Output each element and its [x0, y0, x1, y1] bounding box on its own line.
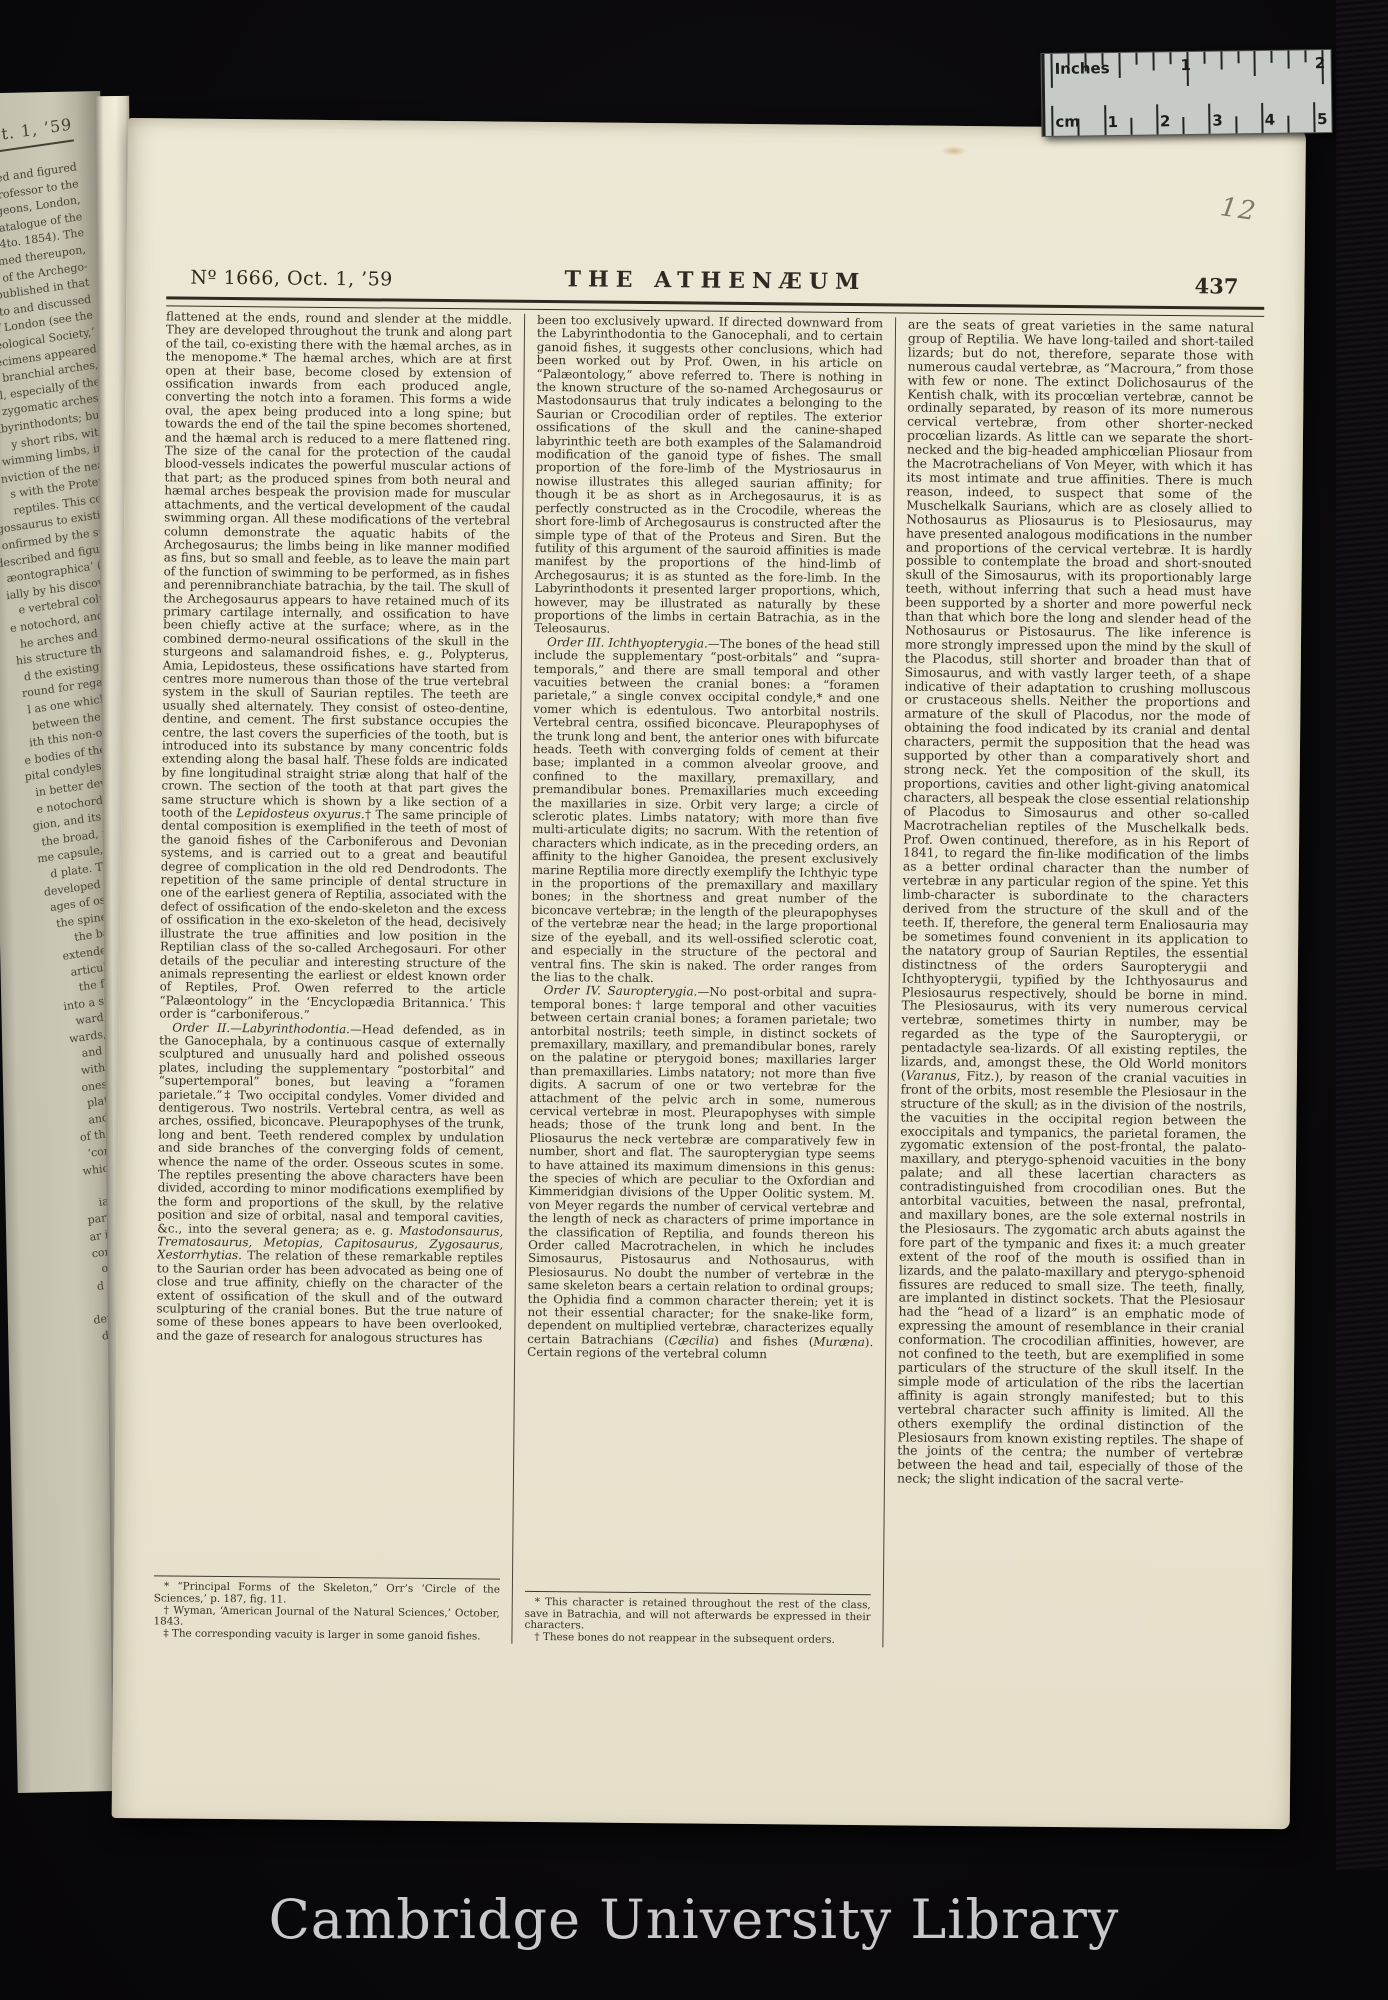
- ruler-cm-label: cm: [1055, 112, 1080, 130]
- column-1: flattened at the ends, round and slender…: [153, 310, 512, 1643]
- ruler-inch-ticks: 12: [1044, 50, 1330, 54]
- footnote-rule: [154, 1575, 500, 1579]
- footnote-group: * “Principal Forms of the Skeleton,” Orr…: [153, 1568, 500, 1643]
- library-watermark: Cambridge University Library: [0, 1888, 1388, 1951]
- column-2: been too exclusively upward. If directed…: [524, 314, 883, 1647]
- book-cloth-edge: [1336, 0, 1388, 1870]
- column-3: are the seats of great varieties in the …: [895, 317, 1254, 1650]
- paragraph: are the seats of great varieties in the …: [897, 317, 1254, 1488]
- handwritten-folio: 12: [1218, 192, 1259, 227]
- ruler-inch-number: 1: [1180, 56, 1191, 74]
- ruler-cm-number: 5: [1317, 110, 1328, 128]
- measurement-ruler: Inches cm 12 12345: [1041, 50, 1331, 136]
- footnote: † These bones do not reappear in the sub…: [524, 1632, 870, 1647]
- ruler-cm-number: 4: [1265, 111, 1276, 129]
- footnote: ‡ The corresponding vacuity is larger in…: [153, 1629, 499, 1644]
- paragraph: Order III. Ichthyopterygia.—The bones of…: [531, 636, 880, 988]
- page-number: 437: [1194, 273, 1238, 298]
- journal-page: 12 Nº 1666, Oct. 1, ’59 THE ATHENÆUM 437…: [112, 118, 1306, 1829]
- paragraph: been too exclusively upward. If directed…: [534, 314, 883, 639]
- ruler-cm-number: 3: [1212, 111, 1223, 129]
- ruler-cm-number: 1: [1107, 113, 1118, 131]
- scan-background: 6, Oct. 1, ’59escribed and figuredthe Pr…: [0, 0, 1388, 2000]
- paragraph: Order IV. Sauropterygia.—No post-orbital…: [527, 984, 877, 1363]
- ruler-inch-number: 2: [1315, 54, 1326, 72]
- paragraph: flattened at the ends, round and slender…: [159, 310, 512, 1024]
- text-columns: flattened at the ends, round and slender…: [153, 310, 1264, 1650]
- column-divider: [882, 317, 896, 1647]
- foxing-spot: [940, 146, 966, 156]
- journal-title: THE ATHENÆUM: [166, 262, 1264, 299]
- footnote-rule: [525, 1591, 871, 1595]
- paragraph: Order II.—Labyrinthodontia.—Head defende…: [156, 1021, 505, 1346]
- column-divider: [511, 314, 525, 1644]
- ruler-cm-number: 2: [1160, 112, 1171, 130]
- page-header: Nº 1666, Oct. 1, ’59 THE ATHENÆUM 437: [166, 258, 1264, 299]
- footnote: * This character is retained throughout …: [524, 1597, 870, 1636]
- page-fragment-line: 6, Oct. 1, ’59: [0, 110, 74, 161]
- footnote-group: * This character is retained throughout …: [524, 1584, 871, 1648]
